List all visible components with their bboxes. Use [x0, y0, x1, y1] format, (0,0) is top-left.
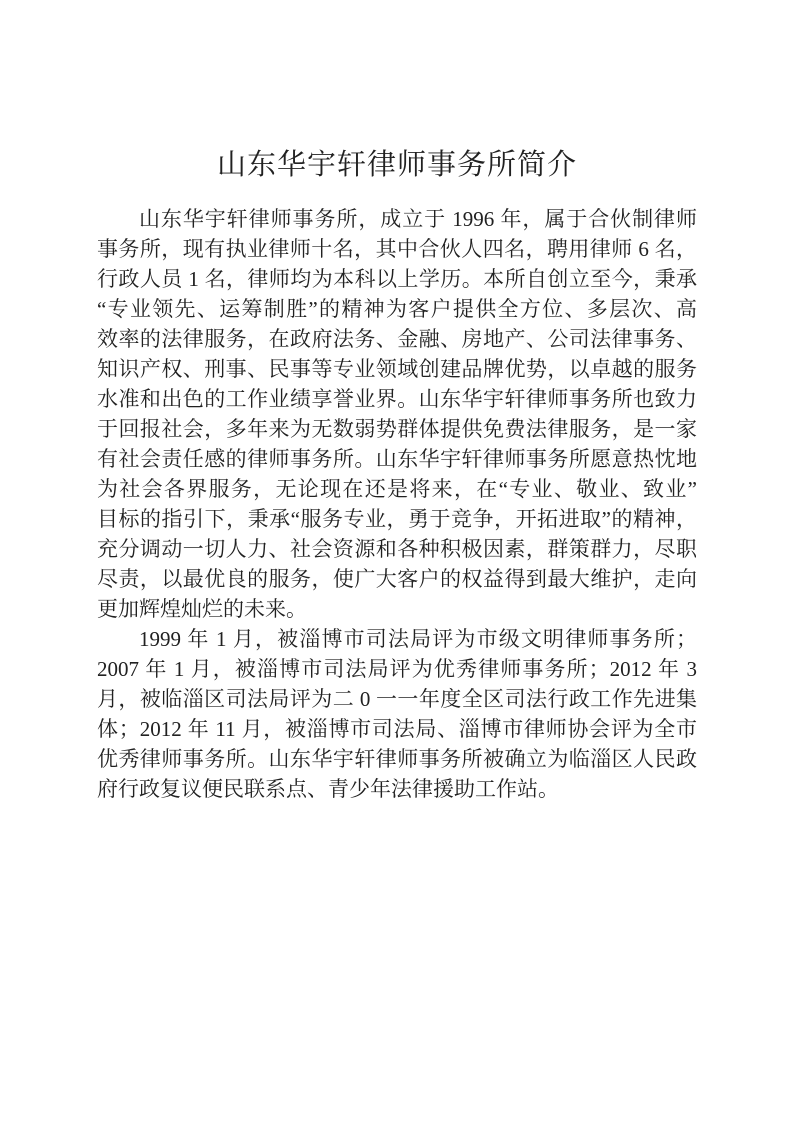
- text-line: 体；2012 年 11 月，被淄博市司法局、淄博市律师协会评为全市: [97, 714, 697, 744]
- text-line: 月，被临淄区司法局评为二 0 一一年度全区司法行政工作先进集: [97, 684, 697, 714]
- paragraph-awards: 1999 年 1 月，被淄博市司法局评为市级文明律师事务所； 2007 年 1 …: [97, 624, 697, 804]
- text-line: 目标的指引下，秉承“服务专业，勇于竞争，开拓进取”的精神，: [97, 504, 697, 534]
- text-line: 优秀律师事务所。山东华宇轩律师事务所被确立为临淄区人民政: [97, 744, 697, 774]
- text-line: 有社会责任感的律师事务所。山东华宇轩律师事务所愿意热忱地: [97, 444, 697, 474]
- text-line: 尽责，以最优良的服务，使广大客户的权益得到最大维护，走向: [97, 564, 697, 594]
- text-line: 为社会各界服务，无论现在还是将来，在“专业、敬业、致业”: [97, 474, 697, 504]
- text-line: 水准和出色的工作业绩享誉业界。山东华宇轩律师事务所也致力: [97, 384, 697, 414]
- text-line: 于回报社会，多年来为无数弱势群体提供免费法律服务，是一家: [97, 414, 697, 444]
- text-line: 1999 年 1 月，被淄博市司法局评为市级文明律师事务所；: [97, 624, 697, 654]
- text-line: 府行政复议便民联系点、青少年法律援助工作站。: [97, 774, 697, 804]
- text-line: 2007 年 1 月，被淄博市司法局评为优秀律师事务所；2012 年 3: [97, 654, 697, 684]
- text-line: “专业领先、运筹制胜”的精神为客户提供全方位、多层次、高: [97, 294, 697, 324]
- text-line: 事务所，现有执业律师十名，其中合伙人四名，聘用律师 6 名，: [97, 234, 697, 264]
- paragraph-intro: 山东华宇轩律师事务所，成立于 1996 年，属于合伙制律师 事务所，现有执业律师…: [97, 204, 697, 624]
- text-line: 山东华宇轩律师事务所，成立于 1996 年，属于合伙制律师: [97, 204, 697, 234]
- document-page: 山东华宇轩律师事务所简介 山东华宇轩律师事务所，成立于 1996 年，属于合伙制…: [0, 0, 794, 1123]
- text-line: 知识产权、刑事、民事等专业领域创建品牌优势，以卓越的服务: [97, 354, 697, 384]
- document-body: 山东华宇轩律师事务所，成立于 1996 年，属于合伙制律师 事务所，现有执业律师…: [97, 204, 697, 804]
- text-line: 更加辉煌灿烂的未来。: [97, 594, 697, 624]
- text-line: 充分调动一切人力、社会资源和各种积极因素，群策群力，尽职: [97, 534, 697, 564]
- text-line: 行政人员 1 名，律师均为本科以上学历。本所自创立至今，秉承: [97, 264, 697, 294]
- text-line: 效率的法律服务，在政府法务、金融、房地产、公司法律事务、: [97, 324, 697, 354]
- document-title: 山东华宇轩律师事务所简介: [97, 148, 697, 182]
